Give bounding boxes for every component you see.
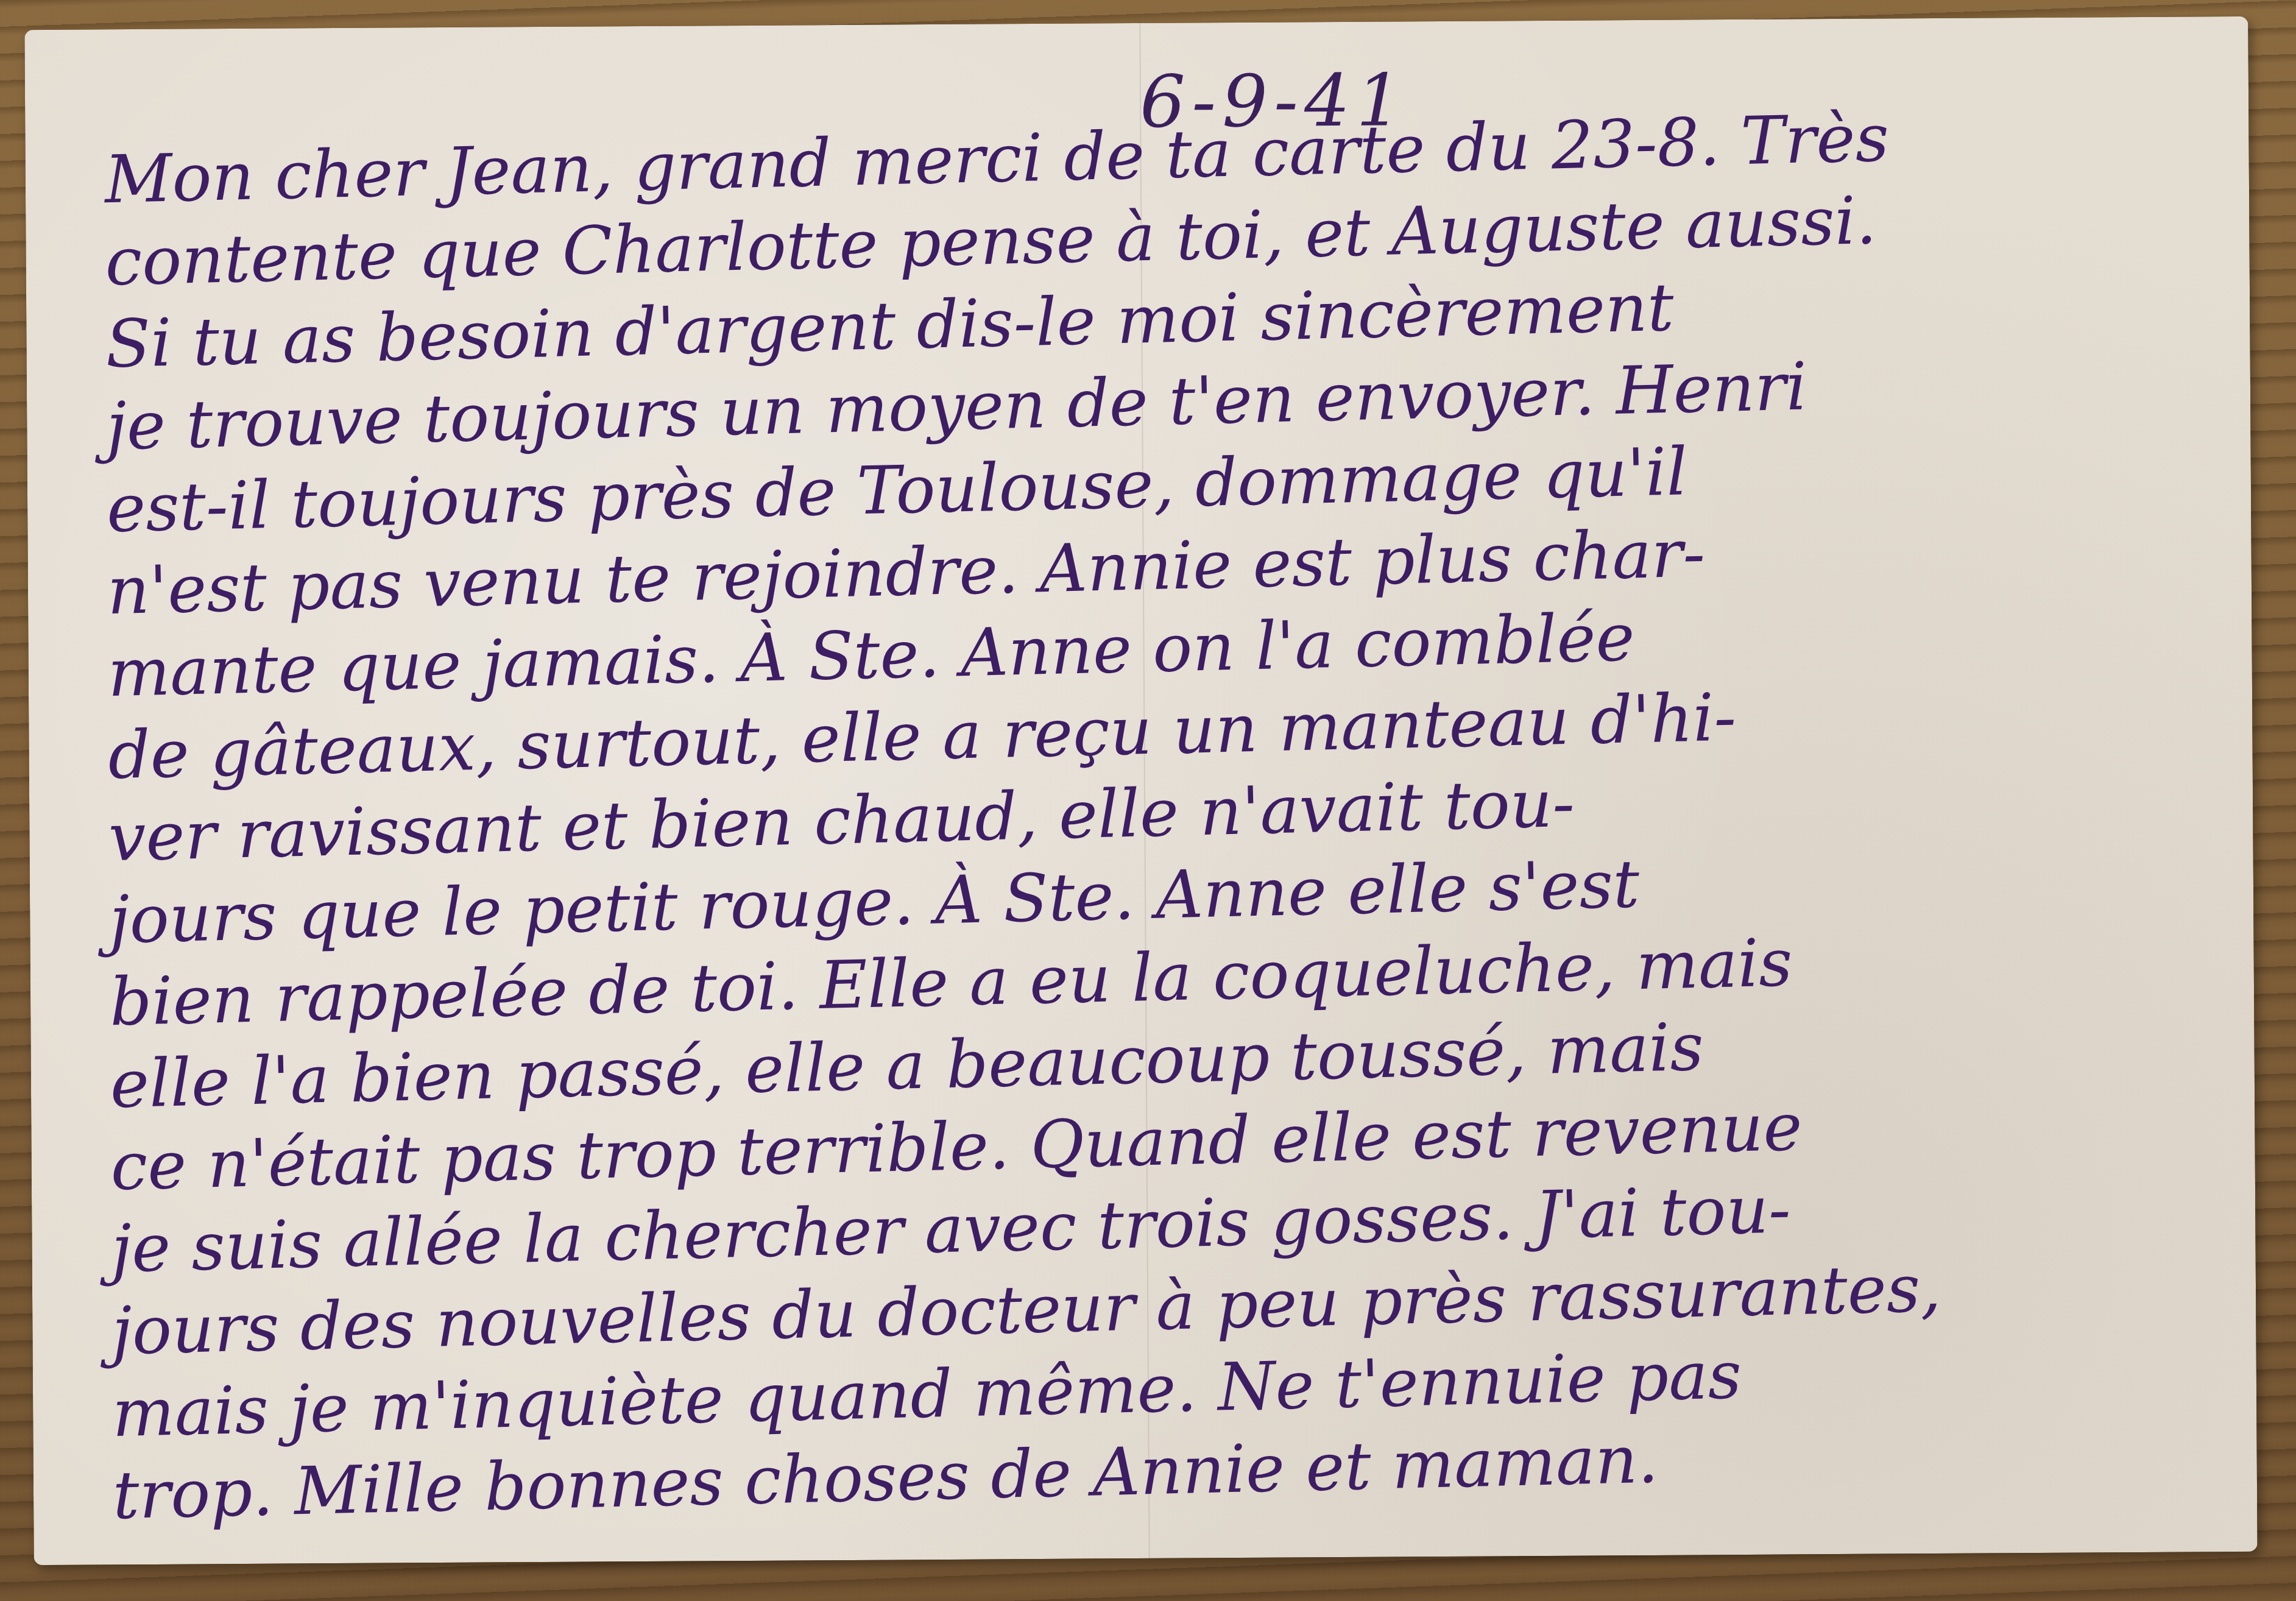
postcard: 6-9-41 Mon cher Jean, grand merci de ta … xyxy=(24,16,2257,1565)
letter-body: Mon cher Jean, grand merci de ta carte d… xyxy=(104,127,2184,1538)
